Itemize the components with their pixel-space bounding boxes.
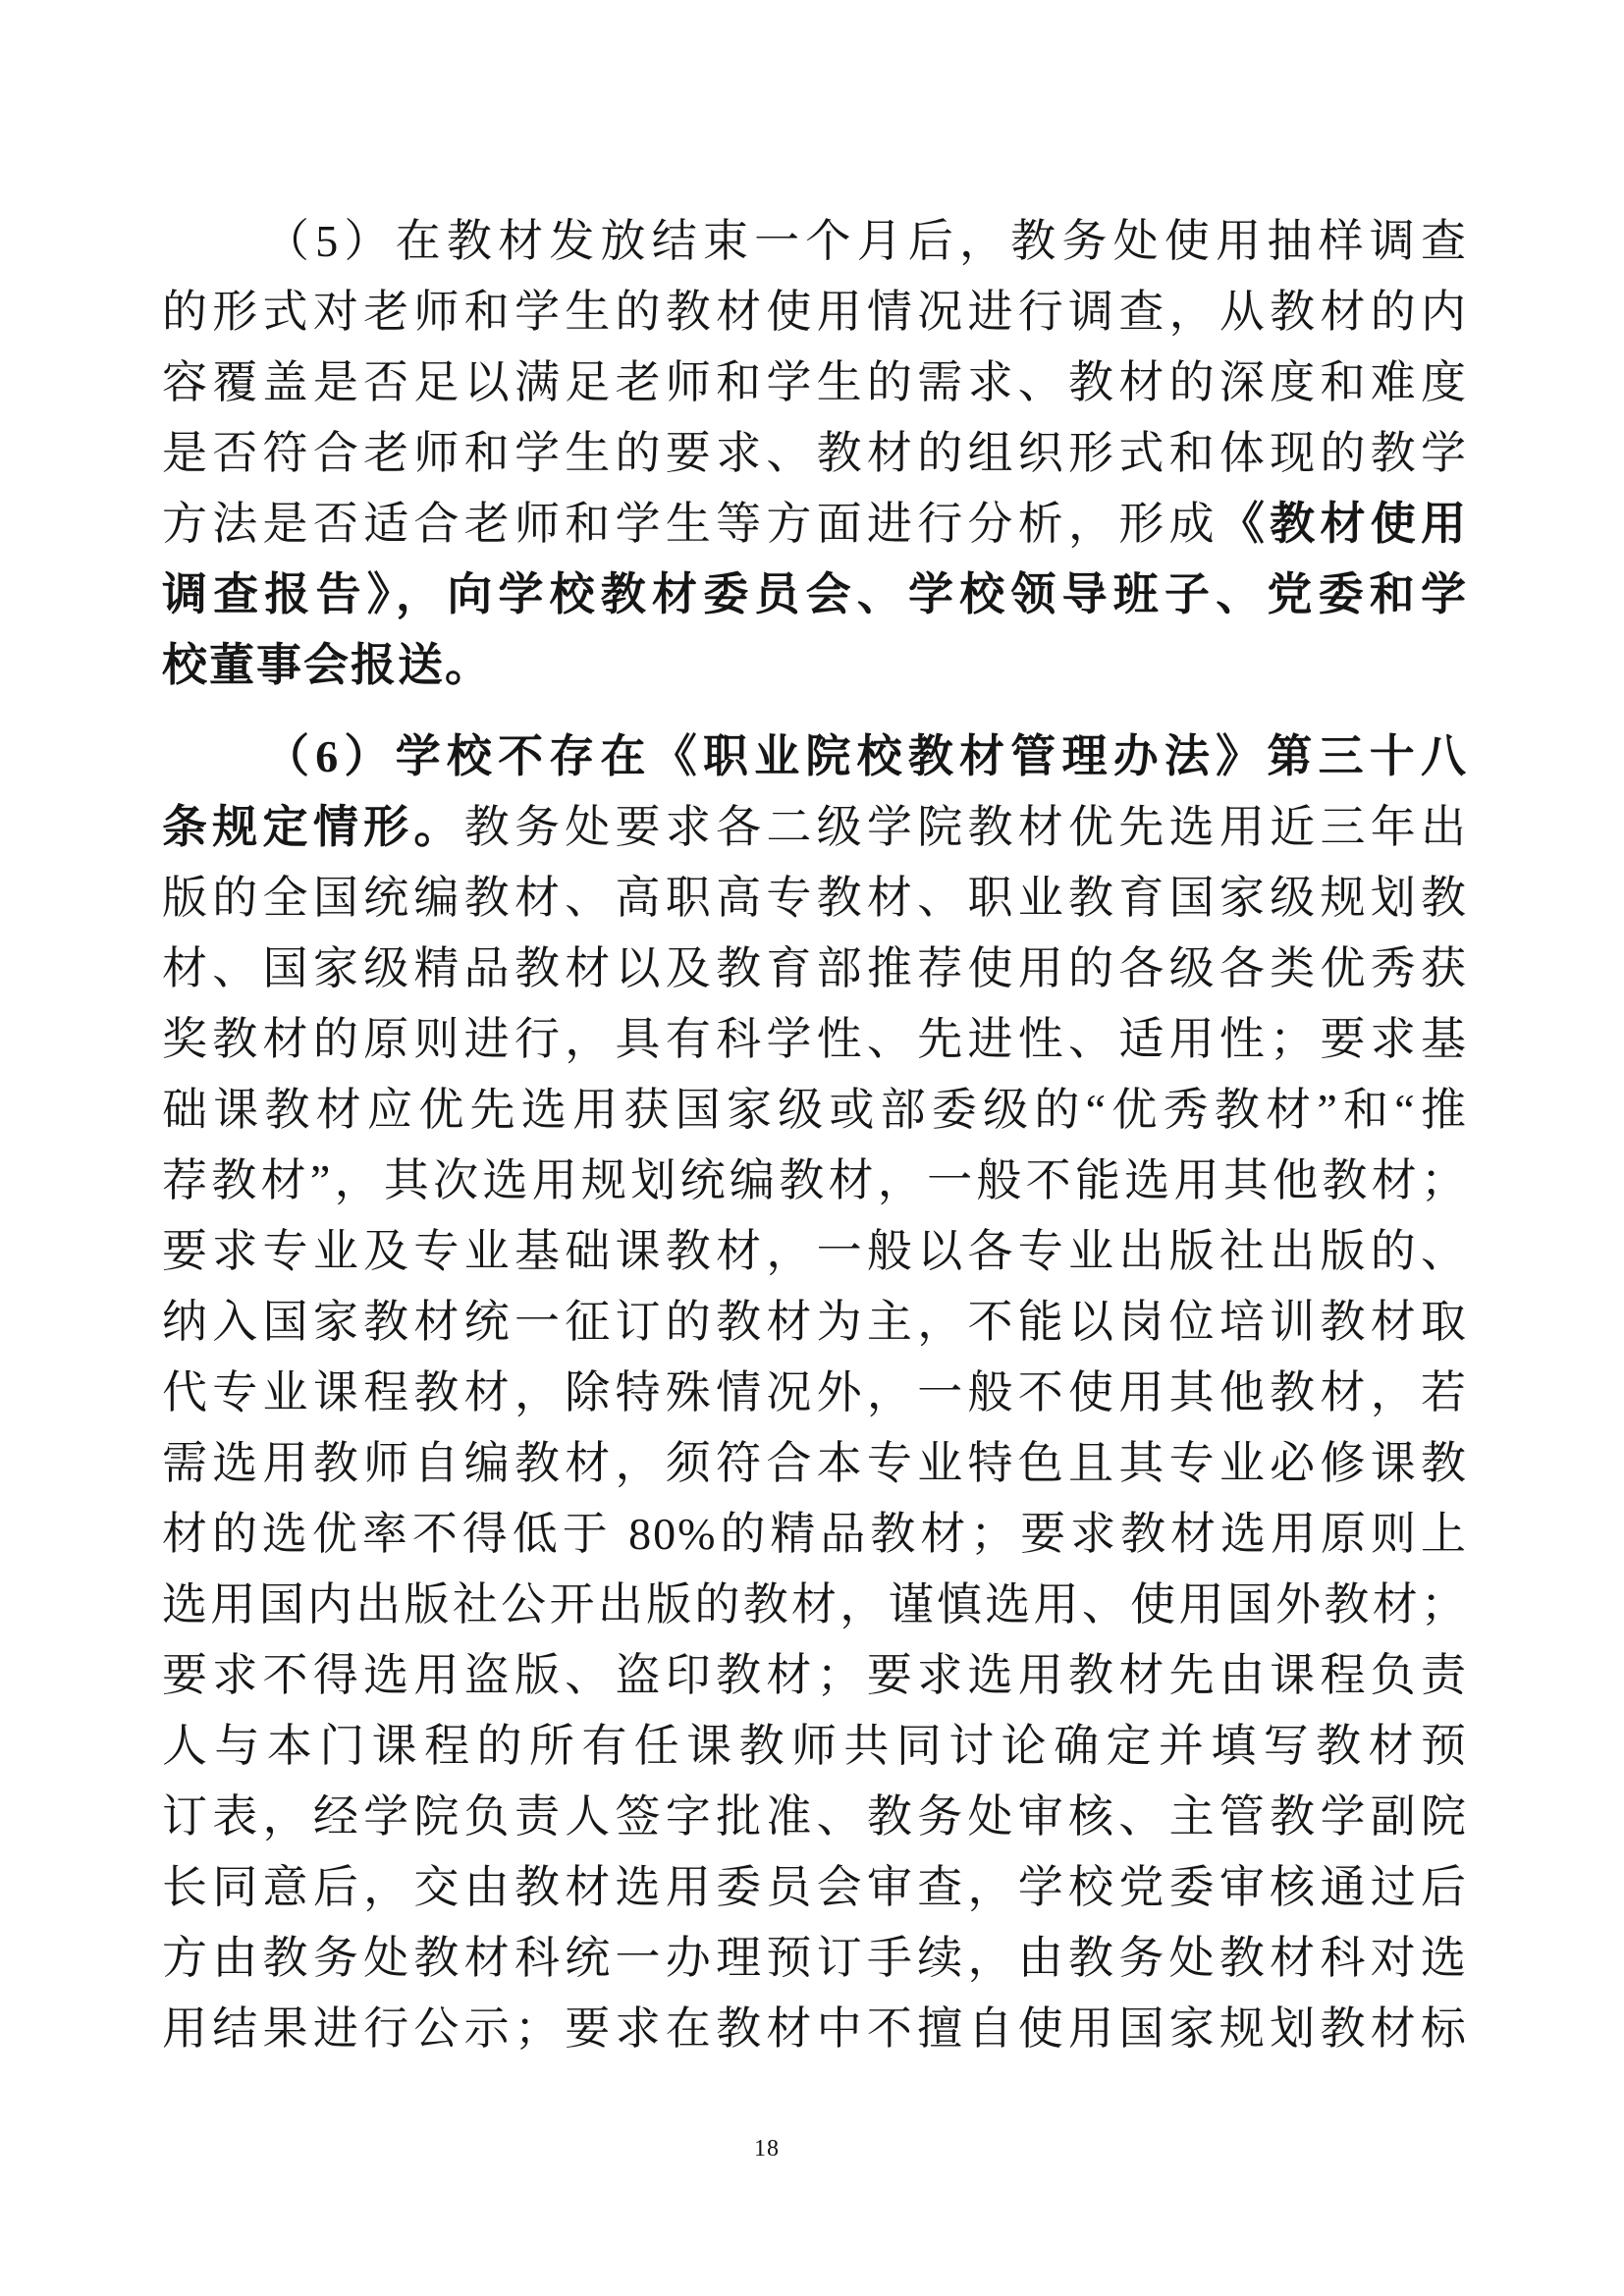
document-page: （5）在教材发放结束一个月后，教务处使用抽样调查的形式对老师和学生的教材使用情况… — [0, 0, 1624, 2296]
document-body: （5）在教材发放结束一个月后，教务处使用抽样调查的形式对老师和学生的教材使用情况… — [162, 206, 1468, 2064]
page-number: 18 — [732, 2136, 801, 2163]
text-line: 长同意后，交由教材选用委员会审查，学校党委审核通过后 — [162, 1852, 1468, 1923]
text-line: 础课教材应优先选用获国家级或部委级的“优秀教材”和“推 — [162, 1075, 1468, 1146]
text-run: 选用国内出版社公开出版的教材，谨慎选用、使用国外教材； — [162, 1579, 1468, 1629]
text-run: 需选用教师自编教材，须符合本专业特色且其专业必修课教 — [162, 1438, 1468, 1488]
text-line: 是否符合老师和学生的要求、教材的组织形式和体现的教学 — [162, 418, 1468, 489]
text-run: 代专业课程教材，除特殊情况外，一般不使用其他教材，若 — [162, 1367, 1468, 1417]
text-line: 版的全国统编教材、高职高专教材、职业教育国家级规划教 — [162, 863, 1468, 934]
text-run: 纳入国家教材统一征订的教材为主，不能以岗位培训教材取 — [162, 1297, 1468, 1347]
text-line: 用结果进行公示；要求在教材中不擅自使用国家规划教材标 — [162, 1994, 1468, 2064]
text-line: 要求专业及专业基础课教材，一般以各专业出版社出版的、 — [162, 1216, 1468, 1287]
text-run: 容覆盖是否足以满足老师和学生的需求、教材的深度和难度 — [162, 357, 1468, 407]
text-run: 荐教材”，其次选用规划统编教材，一般不能选用其他教材； — [162, 1155, 1468, 1205]
paragraph-6: （6）学校不存在《职业院校教材管理办法》第三十八条规定情形。教务处要求各二级学院… — [162, 721, 1468, 2064]
text-line: 订表，经学院负责人签字批准、教务处审核、主管教学副院 — [162, 1782, 1468, 1852]
text-line: 选用国内出版社公开出版的教材，谨慎选用、使用国外教材； — [162, 1570, 1468, 1640]
text-line: 材、国家级精品教材以及教育部推荐使用的各级各类优秀获 — [162, 934, 1468, 1004]
text-line: 需选用教师自编教材，须符合本专业特色且其专业必修课教 — [162, 1428, 1468, 1499]
text-run: 版的全国统编教材、高职高专教材、职业教育国家级规划教 — [162, 873, 1468, 923]
text-run: 要求不得选用盗版、盗印教材；要求选用教材先由课程负责 — [162, 1650, 1468, 1700]
text-line: 的形式对老师和学生的教材使用情况进行调查，从教材的内 — [162, 277, 1468, 347]
text-line: 容覆盖是否足以满足老师和学生的需求、教材的深度和难度 — [162, 347, 1468, 418]
text-run: 要求专业及专业基础课教材，一般以各专业出版社出版的、 — [162, 1226, 1468, 1276]
text-line: 条规定情形。教务处要求各二级学院教材优先选用近三年出 — [162, 792, 1468, 863]
text-run: 订表，经学院负责人签字批准、教务处审核、主管教学副院 — [162, 1791, 1468, 1842]
text-line: 校董事会报送。 — [162, 630, 1468, 701]
text-run: 材、国家级精品教材以及教育部推荐使用的各级各类优秀获 — [162, 943, 1468, 993]
text-line: 纳入国家教材统一征订的教材为主，不能以岗位培训教材取 — [162, 1287, 1468, 1358]
text-run: 用结果进行公示；要求在教材中不擅自使用国家规划教材标 — [162, 2003, 1468, 2054]
bold-text-run: 校董事会报送。 — [162, 640, 492, 690]
bold-text-run: 条规定情形。 — [162, 802, 464, 852]
bold-text-run: 调查报告》，向学校教材委员会、学校领导班子、党委和学 — [162, 569, 1468, 619]
paragraph-5: （5）在教材发放结束一个月后，教务处使用抽样调查的形式对老师和学生的教材使用情况… — [162, 206, 1468, 701]
text-line: 荐教材”，其次选用规划统编教材，一般不能选用其他教材； — [162, 1146, 1468, 1216]
bold-text-run: 《教材使用 — [1219, 499, 1468, 549]
text-run: 教务处要求各二级学院教材优先选用近三年出 — [464, 802, 1468, 852]
text-line: 代专业课程教材，除特殊情况外，一般不使用其他教材，若 — [162, 1358, 1468, 1428]
text-run: 长同意后，交由教材选用委员会审查，学校党委审核通过后 — [162, 1862, 1468, 1912]
text-run: 的形式对老师和学生的教材使用情况进行调查，从教材的内 — [162, 287, 1468, 337]
text-line: 奖教材的原则进行，具有科学性、先进性、适用性；要求基 — [162, 1004, 1468, 1075]
text-line: 人与本门课程的所有任课教师共同讨论确定并填写教材预 — [162, 1711, 1468, 1782]
text-line: 要求不得选用盗版、盗印教材；要求选用教材先由课程负责 — [162, 1640, 1468, 1711]
bold-text-run: （6）学校不存在《职业院校教材管理办法》第三十八 — [264, 731, 1468, 781]
text-line: （6）学校不存在《职业院校教材管理办法》第三十八 — [162, 721, 1468, 792]
text-run: 材的选优率不得低于 80%的精品教材；要求教材选用原则上 — [162, 1509, 1468, 1559]
text-run: 础课教材应优先选用获国家级或部委级的“优秀教材”和“推 — [162, 1085, 1468, 1135]
text-run: 方由教务处教材科统一办理预订手续，由教务处教材科对选 — [162, 1933, 1468, 1983]
text-run: 是否符合老师和学生的要求、教材的组织形式和体现的教学 — [162, 428, 1468, 478]
text-line: 调查报告》，向学校教材委员会、学校领导班子、党委和学 — [162, 560, 1468, 630]
text-line: 材的选优率不得低于 80%的精品教材；要求教材选用原则上 — [162, 1499, 1468, 1570]
text-line: 方由教务处教材科统一办理预订手续，由教务处教材科对选 — [162, 1923, 1468, 1994]
text-run: （5）在教材发放结束一个月后，教务处使用抽样调查 — [264, 216, 1468, 266]
text-run: 方法是否适合老师和学生等方面进行分析，形成 — [162, 499, 1219, 549]
text-run: 人与本门课程的所有任课教师共同讨论确定并填写教材预 — [162, 1721, 1468, 1771]
text-run: 奖教材的原则进行，具有科学性、先进性、适用性；要求基 — [162, 1014, 1468, 1064]
text-line: （5）在教材发放结束一个月后，教务处使用抽样调查 — [162, 206, 1468, 277]
text-line: 方法是否适合老师和学生等方面进行分析，形成《教材使用 — [162, 489, 1468, 560]
